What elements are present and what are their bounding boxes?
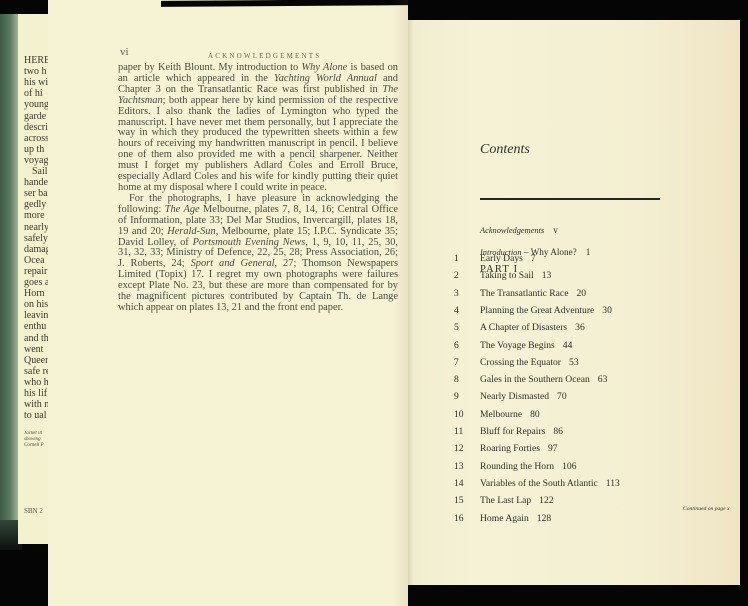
- toc-entry[interactable]: 4Planning the Great Adventure30: [454, 305, 612, 316]
- chapter-title: Melbourne: [480, 409, 522, 420]
- toc-entry[interactable]: 12Roaring Forties97: [454, 443, 558, 454]
- contents-title: Contents: [480, 142, 530, 158]
- chapter-number: 13: [454, 461, 480, 472]
- toc-entry[interactable]: 2Taking to Sail13: [454, 270, 551, 281]
- acknowledgements-paragraph: paper by Keith Blount. My introduction t…: [118, 63, 398, 194]
- chapter-number: 10: [454, 409, 480, 420]
- chapter-title: Bluff for Repairs: [480, 426, 545, 437]
- toc-entry[interactable]: 5A Chapter of Disasters36: [454, 322, 585, 333]
- entry-page-number: v: [553, 225, 558, 235]
- chapter-page-number: 128: [537, 513, 551, 524]
- continued-note: Continued on page x: [683, 506, 729, 512]
- chapter-title: Rounding the Horn: [480, 461, 554, 472]
- chapter-number: 7: [454, 357, 480, 368]
- toc-entry[interactable]: 1Early Days7: [454, 253, 536, 264]
- running-head: ACKNOWLEDGEMENTS: [208, 52, 321, 60]
- toc-entry[interactable]: 16Home Again128: [454, 513, 551, 524]
- chapter-page-number: 113: [606, 478, 620, 489]
- chapter-title: Planning the Great Adventure: [480, 305, 594, 316]
- chapter-title: Taking to Sail: [480, 270, 534, 281]
- chapter-number: 8: [454, 374, 480, 385]
- toc-entry[interactable]: 8Gales in the Southern Ocean63: [454, 374, 607, 385]
- chapter-page-number: 122: [539, 495, 553, 506]
- chapter-title: The Transatlantic Race: [480, 288, 568, 299]
- entry-page-number: 1: [586, 247, 591, 257]
- chapter-number: 9: [454, 391, 480, 402]
- chapter-page-number: 13: [542, 270, 552, 281]
- chapter-title: Variables of the South Atlantic: [480, 478, 598, 489]
- chapter-page-number: 7: [531, 253, 536, 264]
- italic-title: Herald-Sun: [167, 226, 215, 237]
- chapter-page-number: 106: [562, 461, 576, 472]
- chapter-page-number: 20: [576, 288, 586, 299]
- chapter-page-number: 30: [602, 305, 612, 316]
- chapter-number: 15: [454, 495, 480, 506]
- chapter-title: The Voyage Begins: [480, 340, 555, 351]
- chapter-title: Home Again: [480, 513, 529, 524]
- toc-entry[interactable]: 13Rounding the Horn106: [454, 461, 576, 472]
- chapter-number: 6: [454, 340, 480, 351]
- italic-title: Why Alone: [302, 62, 348, 73]
- chapter-page-number: 36: [575, 322, 585, 333]
- acknowledgements-page: vi ACKNOWLEDGEMENTS paper by Keith Bloun…: [48, 0, 408, 606]
- chapter-number: 5: [454, 322, 480, 333]
- toc-entry[interactable]: 3The Transatlantic Race20: [454, 288, 586, 299]
- toc-entry[interactable]: 7Crossing the Equator53: [454, 357, 579, 368]
- title-rule: [480, 198, 660, 200]
- chapter-page-number: 70: [557, 391, 567, 402]
- italic-title: The Age: [165, 204, 200, 215]
- chapter-number: 11: [454, 426, 480, 437]
- toc-entry[interactable]: 9Nearly Dismasted70: [454, 391, 567, 402]
- text-run: ; both appear here by kind permission of…: [118, 95, 398, 193]
- chapter-page-number: 53: [569, 357, 579, 368]
- toc-entry[interactable]: 14Variables of the South Atlantic113: [454, 478, 620, 489]
- chapter-title: Roaring Forties: [480, 443, 540, 454]
- toc-entry[interactable]: 6The Voyage Begins44: [454, 340, 572, 351]
- text-run: paper by Keith Blount. My introduction t…: [118, 62, 302, 73]
- contents-page: Contents AcknowledgementsvIntroduction –…: [408, 20, 740, 585]
- chapter-number: 1: [454, 253, 480, 264]
- chapter-title: Crossing the Equator: [480, 357, 561, 368]
- chapter-page-number: 63: [598, 374, 608, 385]
- chapter-number: 3: [454, 288, 480, 299]
- page-top-shadow: [161, 0, 408, 7]
- chapter-number: 2: [454, 270, 480, 281]
- italic-title: Portsmouth Evening News: [193, 237, 306, 248]
- chapter-page-number: 80: [530, 409, 540, 420]
- chapter-page-number: 86: [553, 426, 563, 437]
- entry-label: Acknowledgements: [480, 226, 544, 235]
- toc-entry[interactable]: 15The Last Lap122: [454, 495, 554, 506]
- chapter-title: Early Days: [480, 253, 523, 264]
- chapter-title: A Chapter of Disasters: [480, 322, 567, 333]
- chapter-title: Nearly Dismasted: [480, 391, 549, 402]
- acknowledgements-body: paper by Keith Blount. My introduction t…: [118, 63, 398, 314]
- page-number: vi: [120, 46, 129, 58]
- chapter-number: 14: [454, 478, 480, 489]
- acknowledgements-paragraph: For the photographs, I have pleasure in …: [118, 194, 398, 314]
- gutter-shade: [408, 20, 414, 585]
- italic-title: Yachting World Annual: [274, 73, 377, 84]
- front-matter-entry[interactable]: Acknowledgementsv: [480, 225, 558, 235]
- chapter-page-number: 44: [563, 340, 573, 351]
- toc-entry[interactable]: 11Bluff for Repairs86: [454, 426, 563, 437]
- chapter-page-number: 97: [548, 443, 558, 454]
- chapter-number: 16: [454, 513, 480, 524]
- italic-title: Sport and General: [191, 258, 275, 269]
- chapter-number: 12: [454, 443, 480, 454]
- chapter-number: 4: [454, 305, 480, 316]
- toc-entry[interactable]: 10Melbourne80: [454, 409, 540, 420]
- chapter-title: The Last Lap: [480, 495, 531, 506]
- chapter-title: Gales in the Southern Ocean: [480, 374, 590, 385]
